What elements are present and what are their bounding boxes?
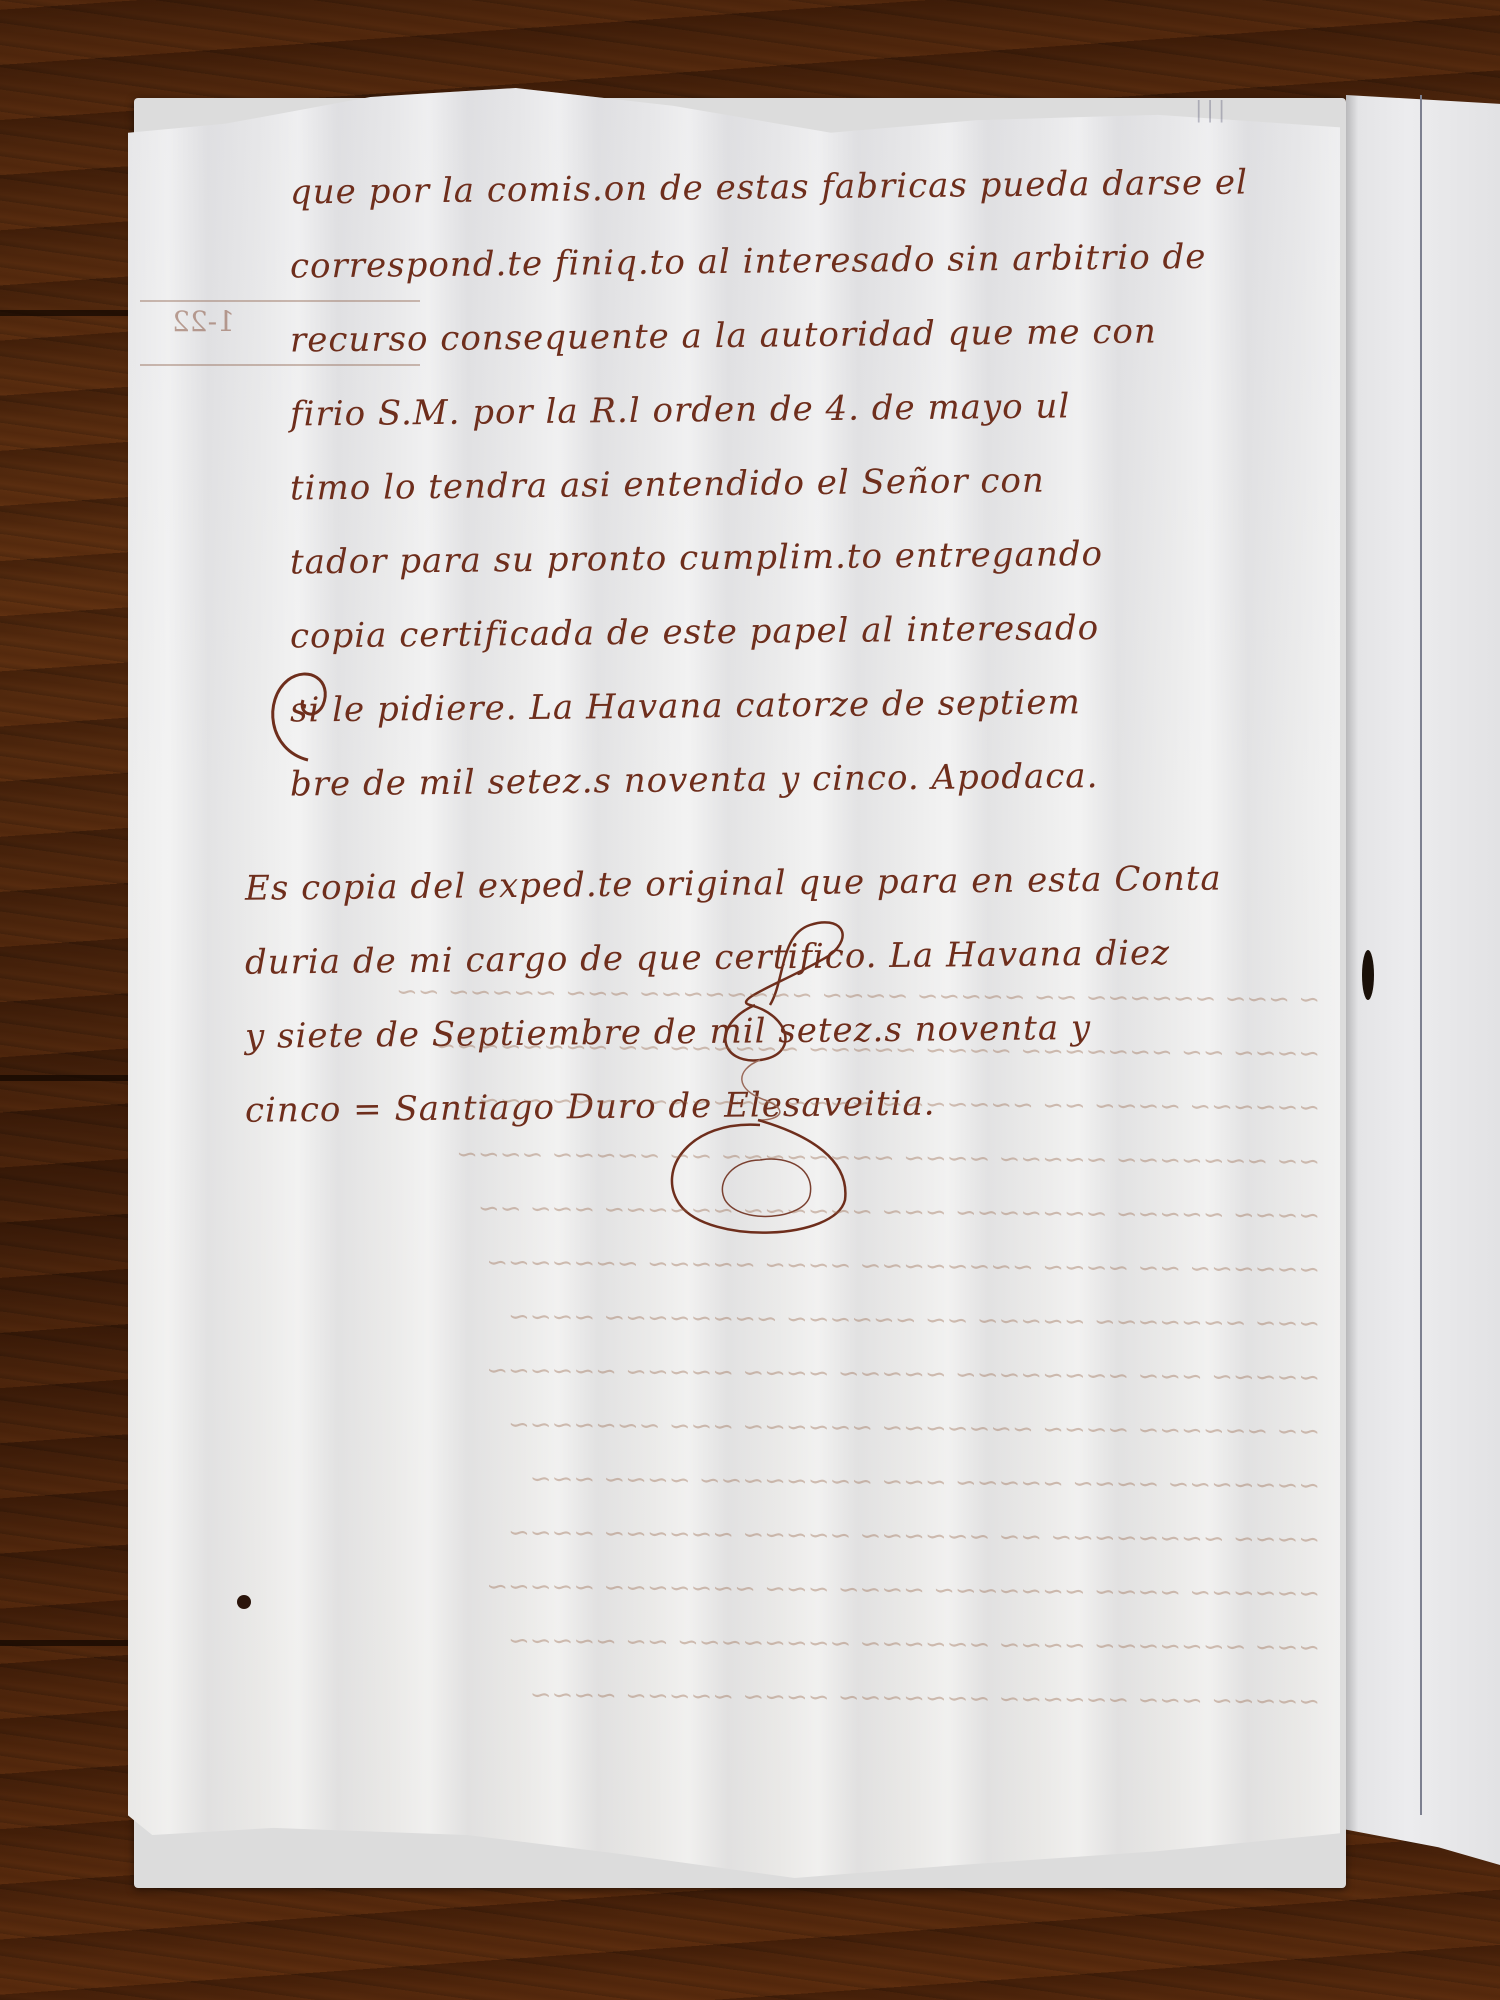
text-line: bre de mil setez.s noventa y cinco. Apod… (290, 736, 1351, 821)
table-plank-seam (0, 1075, 130, 1081)
bleed-line: ~~~ ~~~~~~~ ~~~~~ ~~ ~~~~~~ ~~~~~~~~ ~~~… (160, 1299, 1320, 1355)
text-line: Es copia del exped.te original que para … (245, 840, 1351, 926)
bleed-through-text: ~ ~~~ ~~~~~~ ~~ ~~~~~ ~~~~ ~~~~~~~~ ~~~ … (160, 980, 1320, 1736)
bleed-line: ~~~ ~~~~~~~ ~~~~ ~~~~~~ ~~~~~~~~ ~~ ~~~~… (160, 1623, 1320, 1679)
bleed-line: ~~~~~~ ~~~~ ~~~~~~~ ~~~~ ~~~ ~~~~~~~ ~~~… (160, 1569, 1320, 1625)
text-line: timo lo tendra asi entendido el Señor co… (290, 440, 1351, 525)
bleed-line: ~~~~ ~~~~~ ~~~~~~~ ~~~ ~~~~~~ ~~~~~~ ~~~… (160, 1191, 1320, 1247)
text-line: firio S.M. por la R.l orden de 4. de may… (290, 366, 1351, 451)
corner-folio-mark: ||| (1195, 98, 1229, 123)
fold-line (1420, 95, 1422, 1815)
text-line: copia certificada de este papel al inter… (290, 588, 1351, 673)
main-paragraph: que por la comis.on de estas fabricas pu… (290, 150, 1350, 816)
bleed-line: ~~~~ ~~ ~~~~~~~ ~~~~ ~~~~~ ~~~~~~ ~~ ~~~… (160, 1029, 1320, 1085)
bleed-line: ~~~~~ ~~~ ~~~~~~~~ ~~~~~ ~~~~ ~~~~~ ~~~~… (160, 1353, 1320, 1409)
bleed-line: ~~~~~~~ ~~~~ ~~~~~ ~~~ ~~~~~~~~ ~~~~ ~~~ (160, 1461, 1320, 1517)
margin-annotation: 1-22 (172, 305, 235, 338)
bleed-line: ~~~~~~ ~~ ~~~~ ~~~~~~~~ ~~~~ ~~~~~ ~~~~~… (160, 1245, 1320, 1301)
text-line: tador para su pronto cumplim.to entregan… (290, 514, 1351, 599)
bleed-line: ~~ ~~~~~~ ~~~~ ~~~~~~~ ~~~~~~ ~~~ ~~~~~~… (160, 1407, 1320, 1463)
bleed-line: ~~~~ ~~~~~~~~ ~~ ~~~~~~ ~~~~~ ~~~~~~ ~~~… (160, 1515, 1320, 1571)
text-line: correspond.te finiq.to al interesado sin… (290, 218, 1351, 303)
bleed-line: ~ ~~~ ~~~~~~ ~~ ~~~~~ ~~~~ ~~~~~~~~ ~~~ … (160, 975, 1320, 1031)
text-line: si le pidiere. La Havana catorze de sept… (290, 662, 1351, 747)
text-line: que por la comis.on de estas fabricas pu… (290, 144, 1351, 229)
binding-tear (1362, 950, 1374, 1000)
bleed-line: ~~ ~~~~~~~ ~~~~~ ~~~~ ~~~~~~~~ ~~ ~~~~~ … (160, 1137, 1320, 1193)
ink-blot (237, 1595, 251, 1609)
bleed-line: ~~~~~ ~~~ ~~~~~~ ~~~~~~~ ~~~~ ~~~~~ ~~~~ (160, 1677, 1320, 1733)
bleed-line: ~~~~~~ ~~~~ ~~ ~~~~~~~ ~~~~ ~~~~~~ ~~~~ … (160, 1083, 1320, 1139)
initial-e-flourish-icon (248, 660, 358, 770)
table-plank-seam (0, 1640, 130, 1646)
table-plank-seam (0, 310, 130, 316)
text-line: recurso consequente a la autoridad que m… (290, 292, 1351, 377)
